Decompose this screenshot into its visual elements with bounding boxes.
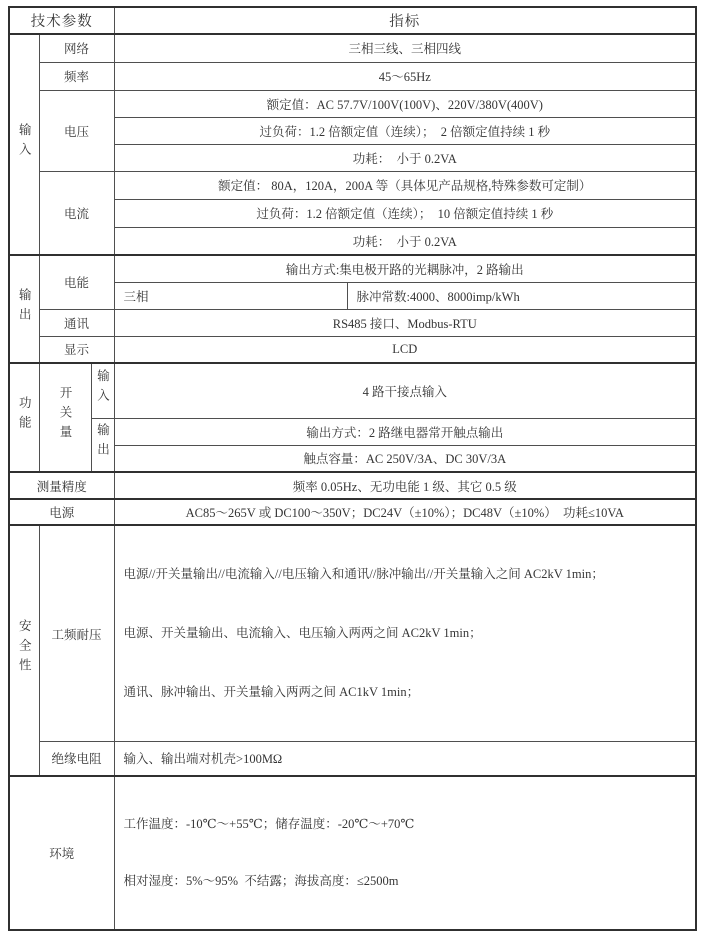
section-input: 输入 — [9, 34, 39, 255]
row-energy-mode: 输出 电能 输出方式:集电极开路的光耦脉冲，2 路输出 — [9, 255, 696, 282]
page: 技术参数 指标 输入 网络 三相三线、三相四线 频率 45～65Hz 电压 额定… — [0, 0, 701, 935]
label-switch-text: 开关量 — [56, 386, 74, 444]
header-row: 技术参数 指标 — [9, 7, 696, 34]
section-function: 功能 — [9, 363, 39, 472]
label-voltage: 电压 — [39, 90, 114, 171]
label-switch-input: 输入 — [91, 363, 114, 418]
section-output: 输出 — [9, 255, 39, 363]
value-energy-phase: 三相 — [114, 282, 347, 309]
value-voltage-overload: 过负荷：1.2 倍额定值（连续）； 2 倍额定值持续 1 秒 — [114, 117, 696, 144]
section-safety-label: 安全性 — [15, 619, 33, 677]
value-energy-pulse: 脉冲常数:4000、8000imp/kWh — [347, 282, 696, 309]
environment-line-2: 相对湿度：5%～95% 不结露；海拔高度：≤2500m — [124, 868, 693, 895]
header-param: 技术参数 — [9, 7, 114, 34]
label-current: 电流 — [39, 171, 114, 255]
withstand-line-1: 电源//开关量输出//电流输入//电压输入和通讯//脉冲输出//开关量输入之间 … — [124, 560, 693, 589]
label-switch-output: 输出 — [91, 418, 114, 472]
row-power-supply: 电源 AC85～265V 或 DC100～350V；DC24V（±10%）；DC… — [9, 499, 696, 525]
label-switch: 开关量 — [39, 363, 91, 472]
label-network: 网络 — [39, 34, 114, 62]
label-accuracy: 测量精度 — [9, 472, 114, 499]
header-indicator: 指标 — [114, 7, 696, 34]
value-environment: 工作温度：-10℃～+55℃；储存温度：-20℃～+70℃ 相对湿度：5%～95… — [114, 776, 696, 930]
value-switch-output-capacity: 触点容量：AC 250V/3A、DC 30V/3A — [114, 445, 696, 472]
value-comm: RS485 接口、Modbus-RTU — [114, 309, 696, 336]
value-power-supply: AC85～265V 或 DC100～350V；DC24V（±10%）；DC48V… — [114, 499, 696, 525]
label-switch-input-text: 输入 — [94, 369, 112, 408]
section-function-label: 功能 — [15, 396, 33, 435]
section-output-label: 输出 — [15, 288, 33, 327]
value-current-power: 功耗： 小于 0.2VA — [114, 227, 696, 255]
label-display: 显示 — [39, 336, 114, 363]
label-energy: 电能 — [39, 255, 114, 309]
withstand-line-3: 通讯、脉冲输出、开关量输入两两之间 AC1kV 1min； — [124, 678, 693, 707]
value-accuracy: 频率 0.05Hz、无功电能 1 级、其它 0.5 级 — [114, 472, 696, 499]
row-current-rated: 电流 额定值： 80A，120A，200A 等（具体见产品规格,特殊参数可定制） — [9, 171, 696, 199]
row-accuracy: 测量精度 频率 0.05Hz、无功电能 1 级、其它 0.5 级 — [9, 472, 696, 499]
row-display: 显示 LCD — [9, 336, 696, 363]
value-display: LCD — [114, 336, 696, 363]
value-frequency: 45～65Hz — [114, 62, 696, 90]
row-comm: 通讯 RS485 接口、Modbus-RTU — [9, 309, 696, 336]
value-current-overload: 过负荷：1.2 倍额定值（连续）； 10 倍额定值持续 1 秒 — [114, 199, 696, 227]
row-voltage-rated: 电压 额定值：AC 57.7V/100V(100V)、220V/380V(400… — [9, 90, 696, 117]
spec-table: 技术参数 指标 输入 网络 三相三线、三相四线 频率 45～65Hz 电压 额定… — [8, 6, 697, 931]
value-current-rated: 额定值： 80A，120A，200A 等（具体见产品规格,特殊参数可定制） — [114, 171, 696, 199]
label-withstand: 工频耐压 — [39, 525, 114, 742]
label-frequency: 频率 — [39, 62, 114, 90]
row-environment: 环境 工作温度：-10℃～+55℃；储存温度：-20℃～+70℃ 相对湿度：5%… — [9, 776, 696, 930]
row-switch-input: 功能 开关量 输入 4 路干接点输入 — [9, 363, 696, 418]
row-insulation: 绝缘电阻 输入、输出端对机壳>100MΩ — [9, 742, 696, 776]
value-network: 三相三线、三相四线 — [114, 34, 696, 62]
section-input-label: 输入 — [15, 123, 33, 162]
label-switch-output-text: 输出 — [94, 423, 112, 462]
value-switch-input: 4 路干接点输入 — [114, 363, 696, 418]
label-power-supply: 电源 — [9, 499, 114, 525]
value-withstand: 电源//开关量输出//电流输入//电压输入和通讯//脉冲输出//开关量输入之间 … — [114, 525, 696, 742]
withstand-line-2: 电源、开关量输出、电流输入、电压输入两两之间 AC2kV 1min； — [124, 619, 693, 648]
row-withstand: 安全性 工频耐压 电源//开关量输出//电流输入//电压输入和通讯//脉冲输出/… — [9, 525, 696, 742]
environment-line-1: 工作温度：-10℃～+55℃；储存温度：-20℃～+70℃ — [124, 811, 693, 838]
label-comm: 通讯 — [39, 309, 114, 336]
value-switch-output-mode: 输出方式：2 路继电器常开触点输出 — [114, 418, 696, 445]
label-environment: 环境 — [9, 776, 114, 930]
value-voltage-power: 功耗： 小于 0.2VA — [114, 144, 696, 171]
value-energy-mode: 输出方式:集电极开路的光耦脉冲，2 路输出 — [114, 255, 696, 282]
row-network: 输入 网络 三相三线、三相四线 — [9, 34, 696, 62]
label-insulation: 绝缘电阻 — [39, 742, 114, 776]
value-insulation: 输入、输出端对机壳>100MΩ — [114, 742, 696, 776]
row-frequency: 频率 45～65Hz — [9, 62, 696, 90]
value-voltage-rated: 额定值：AC 57.7V/100V(100V)、220V/380V(400V) — [114, 90, 696, 117]
row-switch-output-mode: 输出 输出方式：2 路继电器常开触点输出 — [9, 418, 696, 445]
section-safety: 安全性 — [9, 525, 39, 776]
